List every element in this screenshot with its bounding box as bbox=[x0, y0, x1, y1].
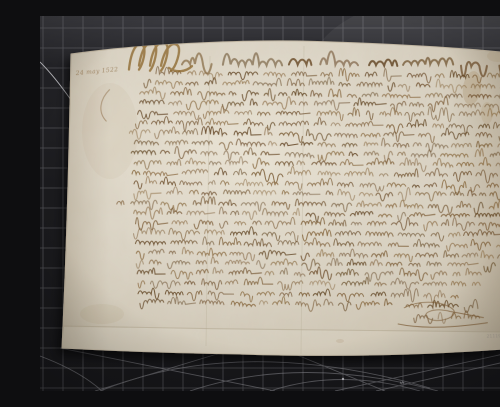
photo-vignette bbox=[40, 16, 500, 391]
vignette-overlay bbox=[40, 16, 500, 391]
manuscript-photo-svg: 45 24 may 152221119 bbox=[40, 16, 500, 391]
manuscript-photo: 45 24 may 152221119 bbox=[40, 16, 500, 391]
